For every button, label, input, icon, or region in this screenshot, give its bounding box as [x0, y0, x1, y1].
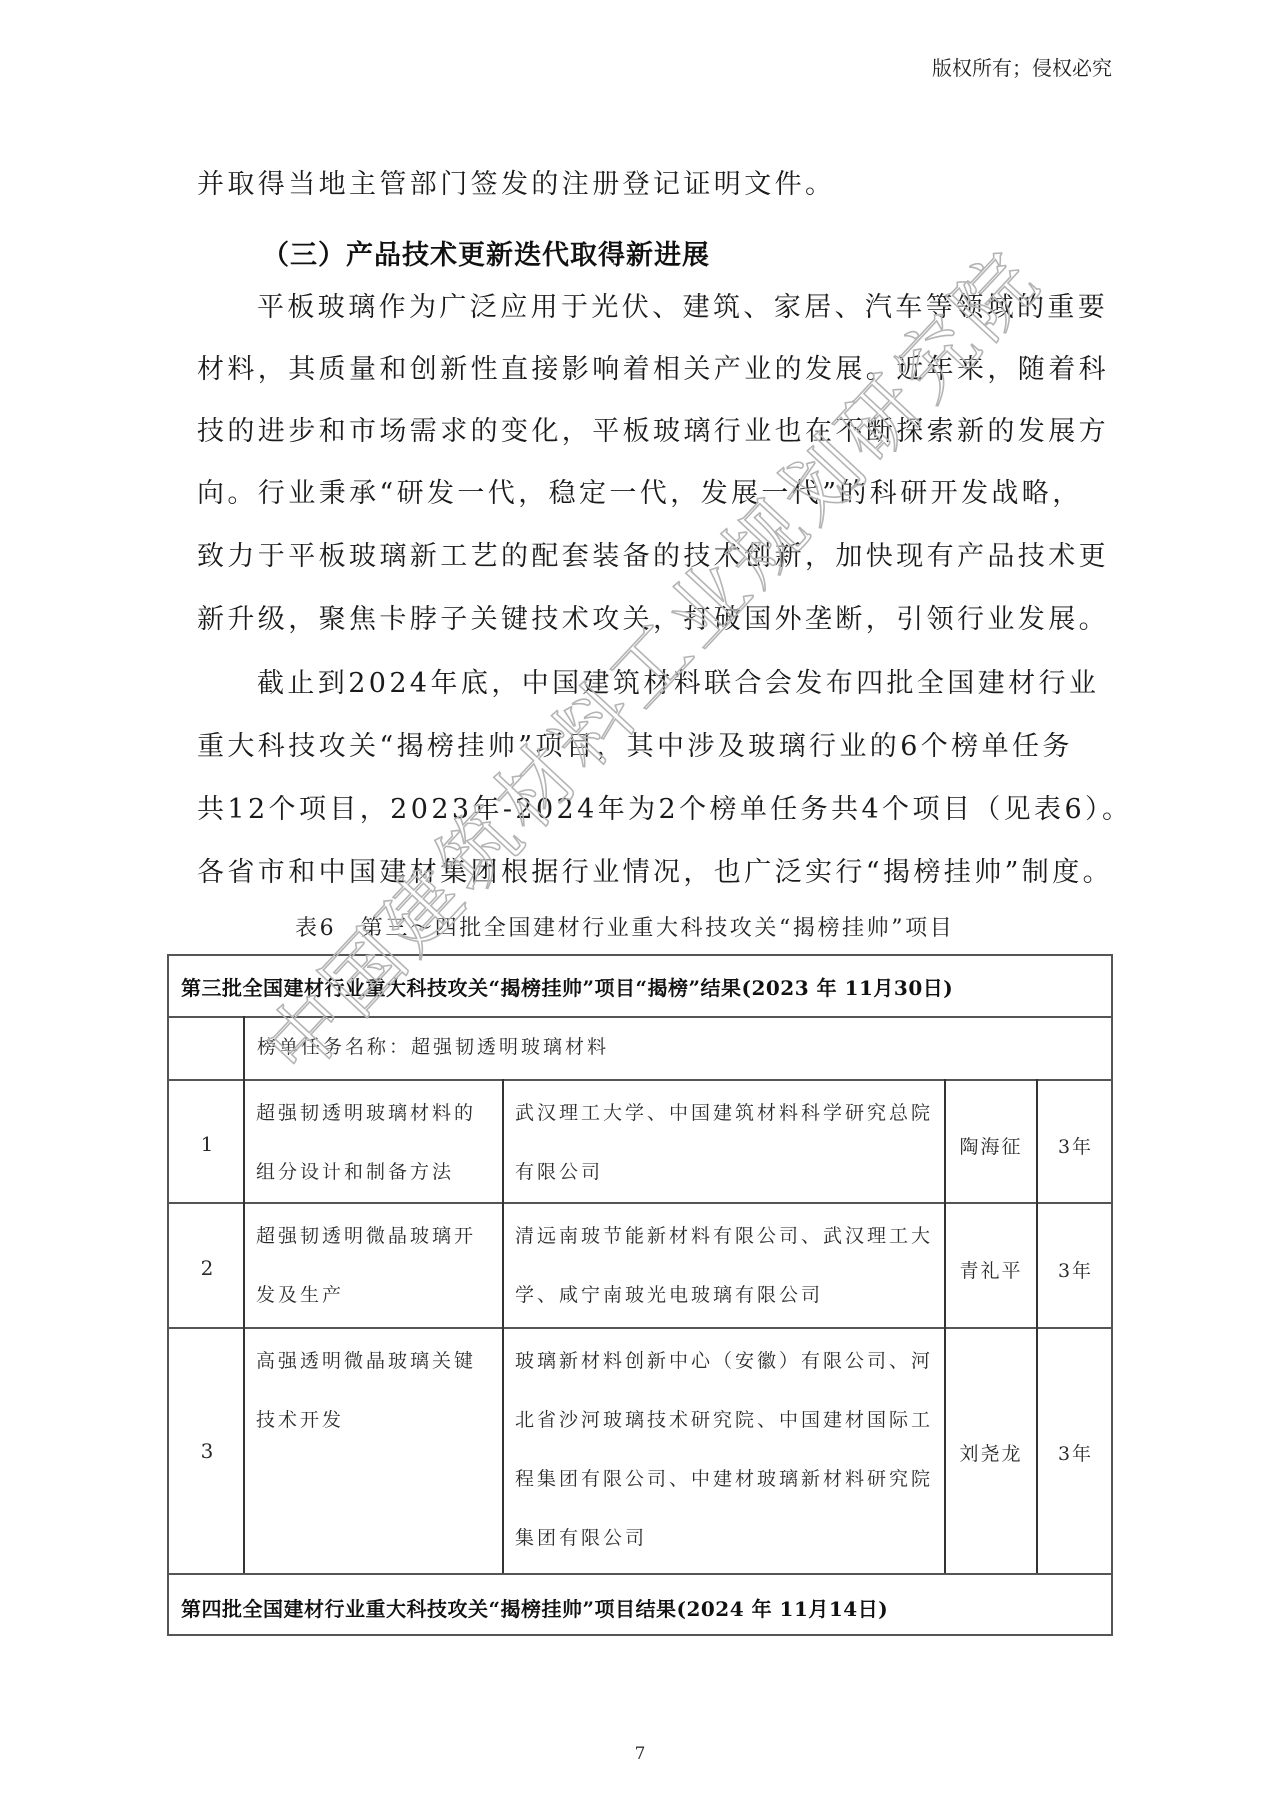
row-number: 1: [169, 1132, 245, 1156]
row-number: 2: [169, 1256, 245, 1280]
paragraph-line: 平板玻璃作为广泛应用于光伏、建筑、家居、汽车等领域的重要: [257, 291, 1108, 325]
paragraph-line: 各省市和中国建材集团根据行业情况，也广泛实行“揭榜挂帅”制度。: [197, 856, 1113, 890]
page-number: 7: [0, 1744, 1280, 1764]
paragraph-line: 向。行业秉承“研发一代，稳定一代，发展一代”的科研开发战略，: [197, 477, 1083, 511]
copyright-notice: 版权所有；侵权必究: [932, 52, 1112, 81]
paragraph-line: 重大科技攻关“揭榜挂帅”项目，其中涉及玻璃行业的6个榜单任务: [197, 730, 1073, 764]
undertaking-units: 玻璃新材料创新中心（安徽）有限公司、河 北省沙河玻璃技术研究院、中国建材国际工 …: [515, 1332, 933, 1568]
units-line: 有限公司: [515, 1143, 933, 1202]
units-line: 北省沙河玻璃技术研究院、中国建材国际工: [515, 1391, 933, 1450]
undertaking-units: 武汉理工大学、中国建筑材料科学研究总院 有限公司: [515, 1084, 933, 1202]
paragraph-line: 新升级，聚焦卡脖子关键技术攻关，打破国外垄断，引领行业发展。: [197, 603, 1109, 637]
undertaking-units: 清远南玻节能新材料有限公司、武汉理工大 学、咸宁南玻光电玻璃有限公司: [515, 1207, 933, 1325]
units-line: 武汉理工大学、中国建筑材料科学研究总院: [515, 1084, 933, 1143]
batch4-title: 第四批全国建材行业重大科技攻关“揭榜挂帅”项目结果(2024 年 11月14日): [181, 1593, 888, 1622]
section-heading: （三）产品技术更新迭代取得新进展: [262, 233, 710, 272]
project-duration: 3年: [1038, 1256, 1113, 1283]
row-number: 3: [169, 1439, 245, 1463]
continuation-line: 并取得当地主管部门签发的注册登记证明文件。: [197, 168, 835, 202]
project-leader: 陶海征: [946, 1132, 1036, 1159]
paragraph-line: 致力于平板玻璃新工艺的配套装备的技术创新，加快现有产品技术更: [197, 540, 1109, 574]
column-divider: [243, 1016, 245, 1573]
row-divider: [169, 1202, 1111, 1204]
row-divider: [169, 1327, 1111, 1329]
project-name-line: 高强透明微晶玻璃关键: [256, 1332, 476, 1391]
row-divider: [169, 1079, 1111, 1081]
project-name-line: 超强韧透明微晶玻璃开: [256, 1207, 476, 1266]
table-caption: 表6 第三～四批全国建材行业重大科技攻关“揭榜挂帅”项目: [295, 911, 954, 942]
units-line: 学、咸宁南玻光电玻璃有限公司: [515, 1266, 933, 1325]
project-name-line: 技术开发: [256, 1391, 476, 1450]
paragraph-line: 截止到2024年底，中国建筑材料联合会发布四批全国建材行业: [257, 667, 1099, 701]
project-name: 超强韧透明微晶玻璃开 发及生产: [256, 1207, 476, 1325]
project-name-line: 组分设计和制备方法: [256, 1143, 476, 1202]
project-leader: 青礼平: [946, 1256, 1036, 1283]
paragraph-line: 共12个项目，2023年-2024年为2个榜单任务共4个项目（见表6）。: [197, 793, 1132, 827]
project-name-line: 发及生产: [256, 1266, 476, 1325]
project-leader: 刘尧龙: [946, 1439, 1036, 1466]
project-duration: 3年: [1038, 1439, 1113, 1466]
task-name: 榜单任务名称：超强韧透明玻璃材料: [257, 1018, 609, 1077]
batch3-title: 第三批全国建材行业重大科技攻关“揭榜挂帅”项目“揭榜”结果(2023 年 11月…: [181, 972, 953, 1001]
units-line: 程集团有限公司、中建材玻璃新材料研究院: [515, 1450, 933, 1509]
project-name: 高强透明微晶玻璃关键 技术开发: [256, 1332, 476, 1450]
paragraph-line: 技的进步和市场需求的变化，平板玻璃行业也在不断探索新的发展方: [197, 415, 1109, 449]
row-divider: [169, 1573, 1111, 1575]
project-name-line: 超强韧透明玻璃材料的: [256, 1084, 476, 1143]
units-line: 集团有限公司: [515, 1509, 933, 1568]
projects-table: 第三批全国建材行业重大科技攻关“揭榜挂帅”项目“揭榜”结果(2023 年 11月…: [167, 954, 1113, 1636]
project-name: 超强韧透明玻璃材料的 组分设计和制备方法: [256, 1084, 476, 1202]
units-line: 玻璃新材料创新中心（安徽）有限公司、河: [515, 1332, 933, 1391]
units-line: 清远南玻节能新材料有限公司、武汉理工大: [515, 1207, 933, 1266]
paragraph-line: 材料，其质量和创新性直接影响着相关产业的发展。近年来，随着科: [197, 353, 1109, 387]
project-duration: 3年: [1038, 1132, 1113, 1159]
column-divider: [502, 1079, 504, 1573]
